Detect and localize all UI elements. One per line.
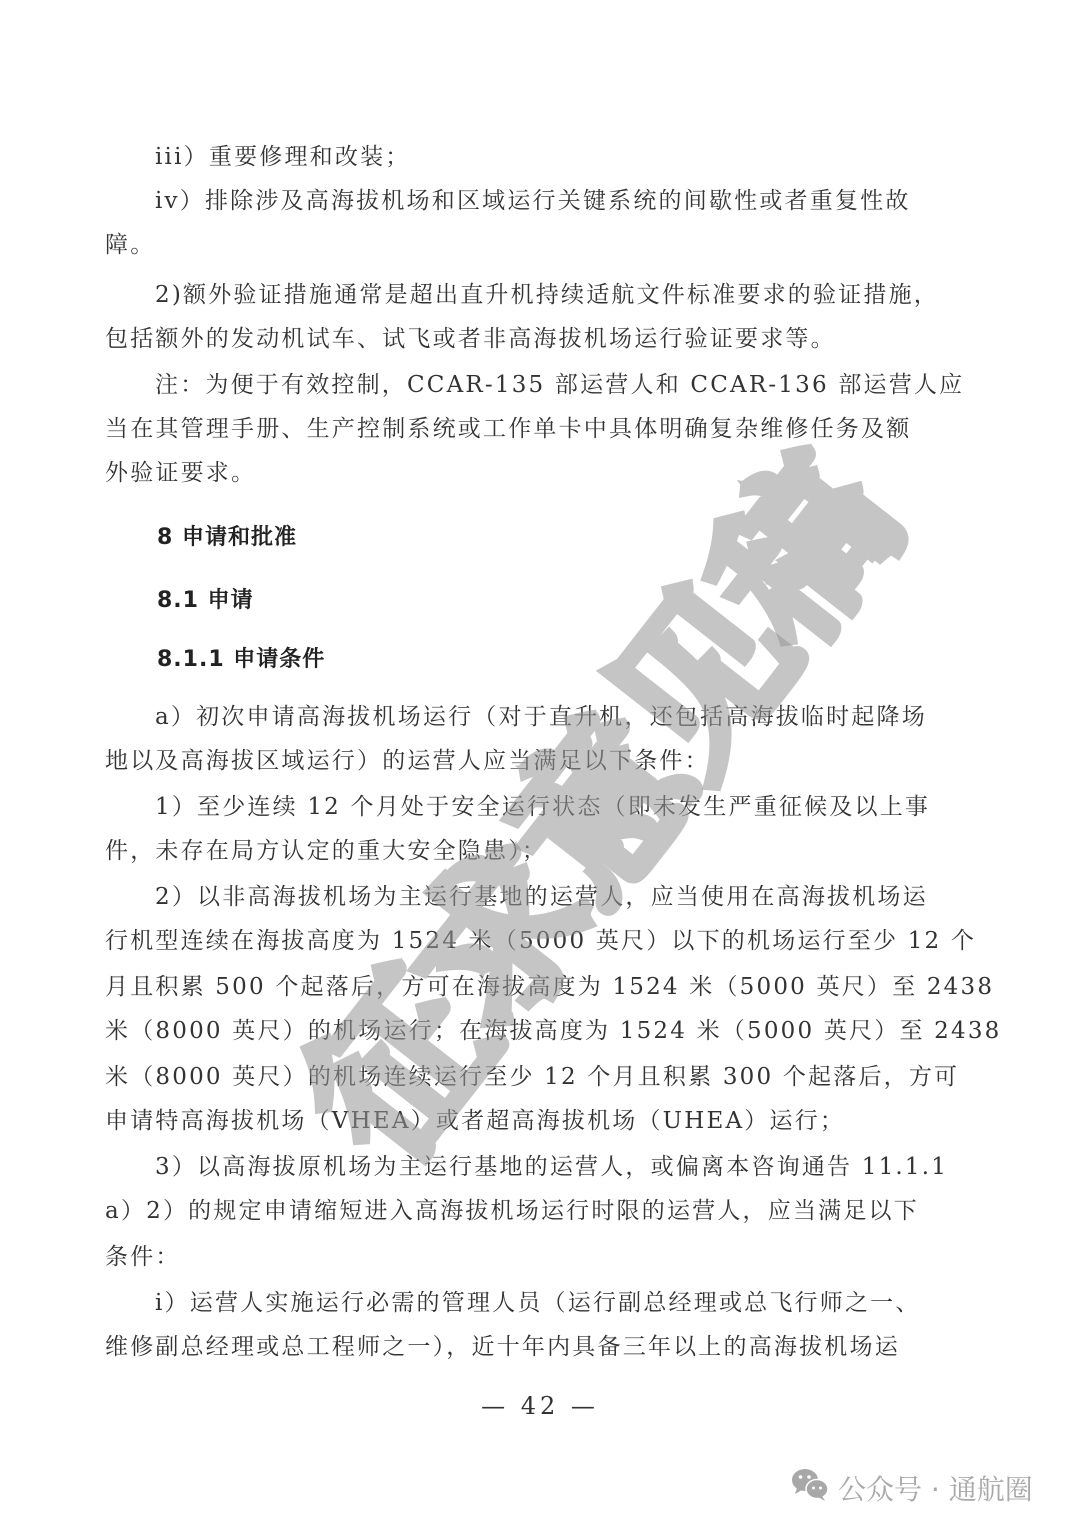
page-number: — 42 — xyxy=(0,1392,1080,1420)
section-heading-8-1: 8.1 申请 xyxy=(157,586,1032,616)
note-line: 当在其管理手册、生产控制系统或工作单卡中具体明确复杂维修任务及额 xyxy=(105,414,980,444)
text-line: 2)额外验证措施通常是超出直升机持续适航文件标准要求的验证措施， xyxy=(155,280,980,310)
section-heading-8: 8 申请和批准 xyxy=(157,523,1032,553)
text-line: 地以及高海拔区域运行）的运营人应当满足以下条件： xyxy=(105,746,980,776)
text-line: 条件： xyxy=(105,1242,980,1272)
text-line: 2）以非高海拔机场为主运行基地的运营人，应当使用在高海拔机场运 xyxy=(155,882,980,912)
wechat-source-badge: 公众号 · 通航圈 xyxy=(790,1466,1033,1509)
text-line: iii）重要修理和改装； xyxy=(155,142,980,172)
text-line: 月且积累 500 个起落后，方可在海拔高度为 1524 米（5000 英尺）至 … xyxy=(105,972,980,1002)
text-line: 3）以高海拔原机场为主运行基地的运营人，或偏离本咨询通告 11.1.1 xyxy=(155,1152,980,1182)
text-line: 米（8000 英尺）的机场运行；在海拔高度为 1524 米（5000 英尺）至 … xyxy=(105,1016,980,1046)
text-line: 维修副总经理或总工程师之一），近十年内具备三年以上的高海拔机场运 xyxy=(105,1332,980,1362)
wechat-icon xyxy=(790,1466,830,1509)
text-line: iv）排除涉及高海拔机场和区域运行关键系统的间歇性或者重复性故 xyxy=(155,186,980,216)
note-line: 注：为便于有效控制，CCAR-135 部运营人和 CCAR-136 部运营人应 xyxy=(155,370,980,400)
text-line: 障。 xyxy=(105,230,980,260)
source-label: 公众号 · 通航圈 xyxy=(838,1468,1033,1508)
text-line: 申请特高海拔机场（VHEA）或者超高海拔机场（UHEA）运行； xyxy=(105,1106,980,1136)
note-line: 外验证要求。 xyxy=(105,458,980,488)
text-line: a）2）的规定申请缩短进入高海拔机场运行时限的运营人，应当满足以下 xyxy=(105,1196,980,1226)
text-line: i）运营人实施运行必需的管理人员（运行副总经理或总飞行师之一、 xyxy=(155,1288,980,1318)
text-line: 行机型连续在海拔高度为 1524 米（5000 英尺）以下的机场运行至少 12 … xyxy=(105,926,980,956)
text-line: 米（8000 英尺）的机场连续运行至少 12 个月且积累 300 个起落后，方可 xyxy=(105,1062,980,1092)
text-line: 件，未存在局方认定的重大安全隐患）； xyxy=(105,836,980,866)
text-line: a）初次申请高海拔机场运行（对于直升机，还包括高海拔临时起降场 xyxy=(155,702,980,732)
text-line: 包括额外的发动机试车、试飞或者非高海拔机场运行验证要求等。 xyxy=(105,324,980,354)
document-page: iii）重要修理和改装； iv）排除涉及高海拔机场和区域运行关键系统的间歇性或者… xyxy=(0,0,1080,1527)
section-heading-8-1-1: 8.1.1 申请条件 xyxy=(157,645,1032,675)
text-line: 1）至少连续 12 个月处于安全运行状态（即未发生严重征候及以上事 xyxy=(155,792,980,822)
